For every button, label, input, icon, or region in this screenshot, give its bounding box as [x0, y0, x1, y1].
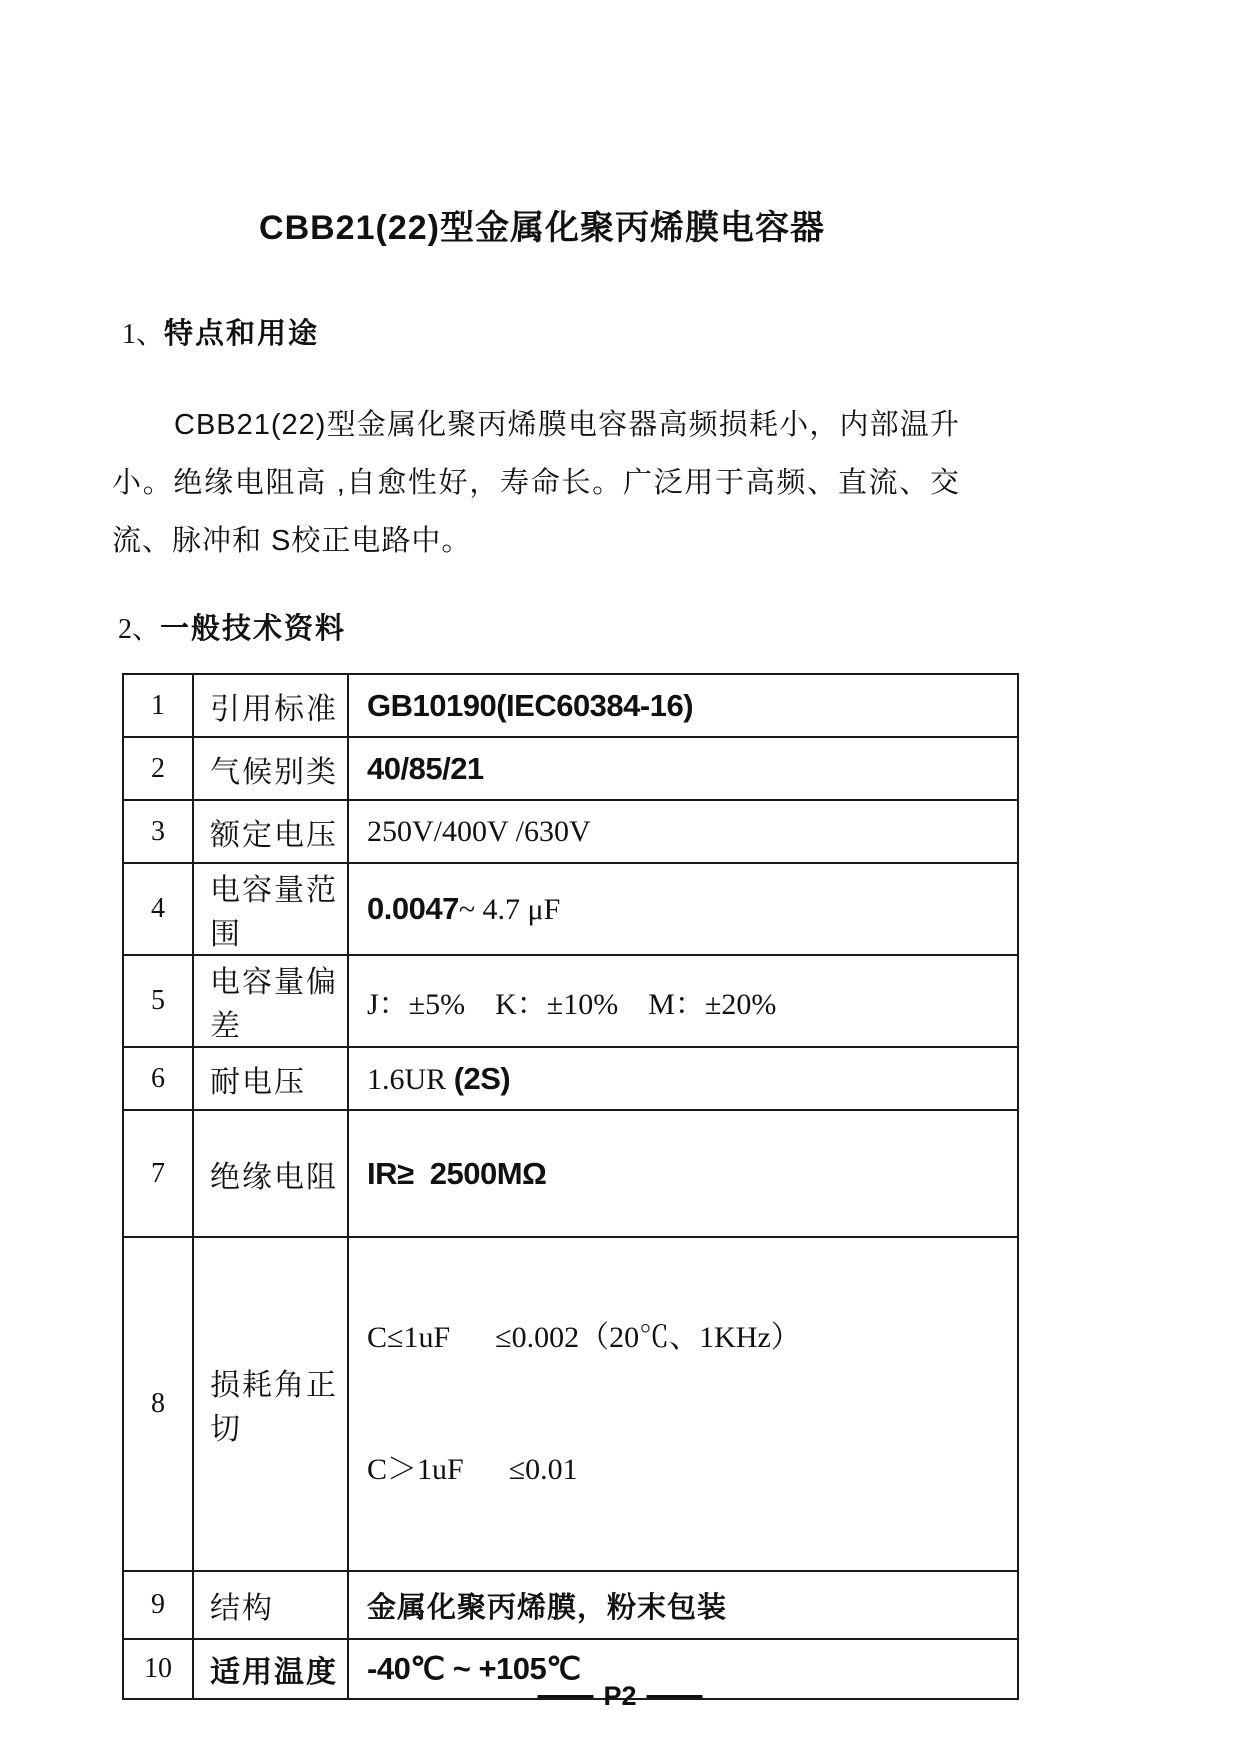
section-1-title: 特点和用途: [164, 318, 319, 350]
spec-value-cell: 40/85/21: [367, 751, 484, 786]
value-serif-part: 1.6UR: [367, 1063, 454, 1096]
table-row: 6 耐电压 1.6UR (2S): [123, 1047, 1018, 1110]
table-row: 4 电容量范围 0.0047~ 4.7 μF: [123, 863, 1018, 955]
section-2-heading: 2、一般技术资料: [118, 606, 1240, 647]
spec-name-cell: 气候别类: [193, 737, 348, 800]
row-number-cell: 6: [123, 1047, 193, 1110]
spec-value-cell: 金属化聚丙烯膜，粉末包装: [367, 1592, 727, 1624]
spec-value-cell: C≤1uF ≤0.002（20℃、1KHz） C＞1uF ≤0.01: [348, 1237, 1018, 1571]
spec-name-cell: 电容量偏差: [193, 955, 348, 1047]
section-1-heading: 1、特点和用途: [122, 311, 1240, 352]
row-number-cell: 10: [123, 1639, 193, 1699]
tech-spec-table: 1 引用标准 GB10190(IEC60384-16) 2 气候别类 40/85…: [122, 673, 1019, 1700]
spec-name-cell: 耐电压: [193, 1047, 348, 1110]
spec-name-cell: 额定电压: [193, 800, 348, 863]
table-row: 5 电容量偏差 J：±5% K：±10% M：±20%: [123, 955, 1018, 1047]
loss-tangent-line-1: C≤1uF ≤0.002（20℃、1KHz）: [367, 1305, 1016, 1371]
row-number-cell: 8: [123, 1237, 193, 1571]
table-row: 7 绝缘电阻 IR≥ 2500MΩ: [123, 1110, 1018, 1237]
spec-value-cell: 0.0047~ 4.7 μF: [348, 863, 1018, 955]
value-bold-part: (2S): [454, 1061, 511, 1096]
spec-name-cell: 损耗角正切: [193, 1237, 348, 1571]
spec-value-cell: IR≥ 2500MΩ: [367, 1156, 546, 1191]
page-footer: P2: [537, 1681, 702, 1712]
value-serif-part: ~ 4.7 μF: [459, 893, 561, 926]
document-page: CBB21(22)型金属化聚丙烯膜电容器 1、特点和用途 CBB21(22)型金…: [0, 0, 1240, 1754]
footer-left-rule: [537, 1695, 593, 1698]
page-number: P2: [603, 1681, 636, 1712]
spec-name-cell: 适用温度: [193, 1639, 348, 1699]
section-2-number: 2、: [118, 614, 160, 645]
footer-right-rule: [647, 1695, 703, 1698]
row-number-cell: 5: [123, 955, 193, 1047]
spec-name-cell: 电容量范围: [193, 863, 348, 955]
page-title: CBB21(22)型金属化聚丙烯膜电容器: [0, 0, 1162, 249]
table-row: 2 气候别类 40/85/21: [123, 737, 1018, 800]
table-row: 9 结构 金属化聚丙烯膜，粉末包装: [123, 1571, 1018, 1639]
intro-paragraph: CBB21(22)型金属化聚丙烯膜电容器高频损耗小，内部温升小。绝缘电阻高 ,自…: [112, 396, 960, 570]
loss-tangent-line-2: C＞1uF ≤0.01: [367, 1437, 1016, 1503]
spec-value-cell: J：±5% K：±10% M：±20%: [367, 988, 776, 1021]
table-row: 8 损耗角正切 C≤1uF ≤0.002（20℃、1KHz） C＞1uF ≤0.…: [123, 1237, 1018, 1571]
value-bold-part: 0.0047: [367, 891, 459, 926]
row-number-cell: 2: [123, 737, 193, 800]
section-1-number: 1、: [122, 319, 164, 350]
spec-value-cell: 1.6UR (2S): [348, 1047, 1018, 1110]
table-row: 1 引用标准 GB10190(IEC60384-16): [123, 674, 1018, 737]
row-number-cell: 1: [123, 674, 193, 737]
row-number-cell: 9: [123, 1571, 193, 1639]
row-number-cell: 3: [123, 800, 193, 863]
section-2-title: 一般技术资料: [160, 613, 346, 645]
row-number-cell: 4: [123, 863, 193, 955]
row-number-cell: 7: [123, 1110, 193, 1237]
spec-name-cell: 结构: [193, 1571, 348, 1639]
spec-name-cell: 引用标准: [193, 674, 348, 737]
table-row: 3 额定电压 250V/400V /630V: [123, 800, 1018, 863]
spec-name-cell: 绝缘电阻: [193, 1110, 348, 1237]
spec-value-cell: 250V/400V /630V: [367, 815, 591, 848]
spec-value-cell: GB10190(IEC60384-16): [367, 688, 693, 723]
